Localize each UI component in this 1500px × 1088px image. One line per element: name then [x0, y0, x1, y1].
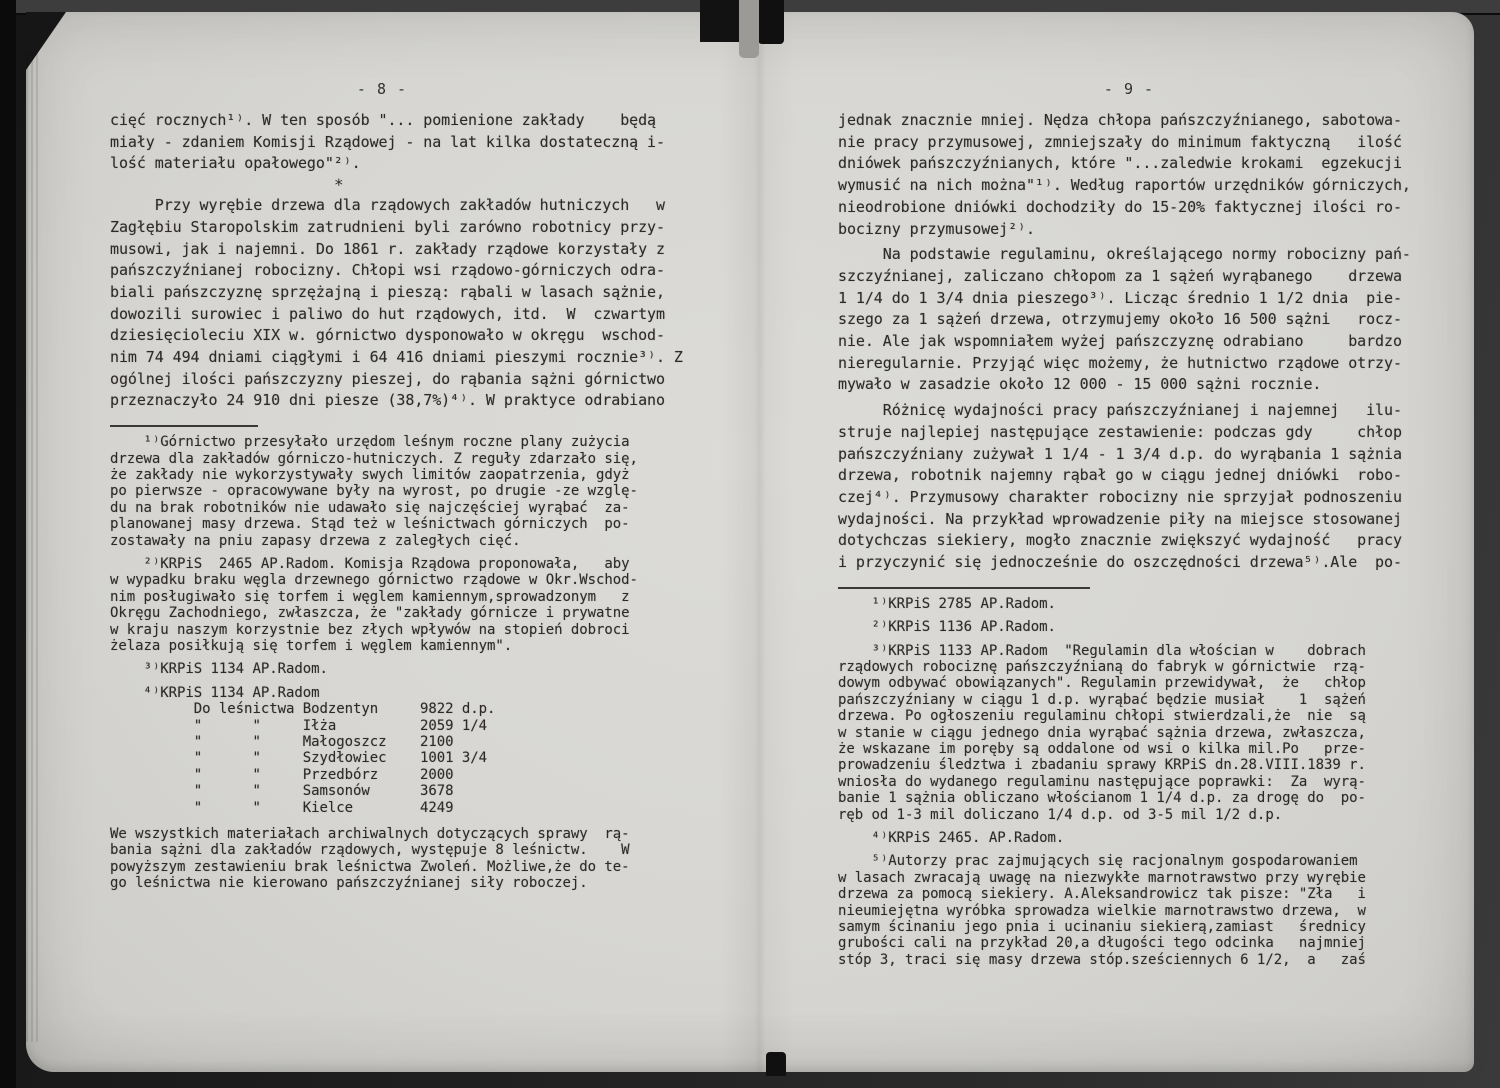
stacked-page-edges	[26, 52, 40, 1042]
page-8-number: - 8 -	[94, 78, 670, 100]
scanned-book-spread: { "left_page": { "page_number": "- 8 -",…	[0, 0, 1500, 1088]
page-9-number: - 9 -	[838, 78, 1420, 100]
page-8-footnote-closing: We wszystkich materiałach archiwalnych d…	[110, 826, 686, 892]
binding-shadow-left	[700, 0, 744, 42]
page-8-paragraph-1: cięć rocznych¹⁾. W ten sposób "... pomie…	[110, 110, 686, 175]
binding-notch-top	[758, 0, 784, 44]
page-8-footnote-rule	[110, 425, 258, 427]
page-9: - 9 - jednak znacznie mniej. Nędza chłop…	[838, 78, 1420, 968]
page-9-footnote-3: ³⁾KRPiS 1133 AP.Radom "Regulamin dla wło…	[838, 643, 1420, 823]
scanner-background-left-strip	[0, 0, 16, 1088]
page-8-footnote-2: ²⁾KRPiS 2465 AP.Radom. Komisja Rządowa p…	[110, 556, 686, 654]
page-9-footnote-5: ⁵⁾Autorzy prac zajmujących się racjonaln…	[838, 853, 1420, 968]
binding-notch-bottom	[766, 1052, 786, 1076]
page-8-footnote-4-table: ⁴⁾KRPiS 1134 AP.Radom Do leśnictwa Bodze…	[110, 685, 686, 816]
book-page-spread: - 8 - cięć rocznych¹⁾. W ten sposób "...…	[26, 12, 1474, 1072]
page-8-footnote-3: ³⁾KRPiS 1134 AP.Radom.	[110, 661, 686, 677]
page-9-paragraph-1: jednak znacznie mniej. Nędza chłopa pańs…	[838, 110, 1420, 240]
section-separator-asterisk: *	[110, 175, 686, 195]
page-9-footnote-4: ⁴⁾KRPiS 2465. AP.Radom.	[838, 830, 1420, 846]
binding-tab	[739, 0, 759, 58]
page-8-paragraph-2: Przy wyrębie drzewa dla rządowych zakład…	[110, 195, 686, 412]
page-9-footnote-1: ¹⁾KRPiS 2785 AP.Radom.	[838, 596, 1420, 612]
book-spine-crease	[720, 12, 796, 1072]
page-9-paragraph-2: Na podstawie regulaminu, określającego n…	[838, 244, 1420, 396]
page-8-footnote-1: ¹⁾Górnictwo przesyłało urzędom leśnym ro…	[110, 434, 686, 549]
page-9-footnote-rule	[838, 587, 1090, 589]
page-8: - 8 - cięć rocznych¹⁾. W ten sposób "...…	[110, 78, 686, 892]
page-9-paragraph-3: Różnicę wydajności pracy pańszczyźnianej…	[838, 400, 1420, 574]
page-9-footnote-2: ²⁾KRPiS 1136 AP.Radom.	[838, 619, 1420, 635]
